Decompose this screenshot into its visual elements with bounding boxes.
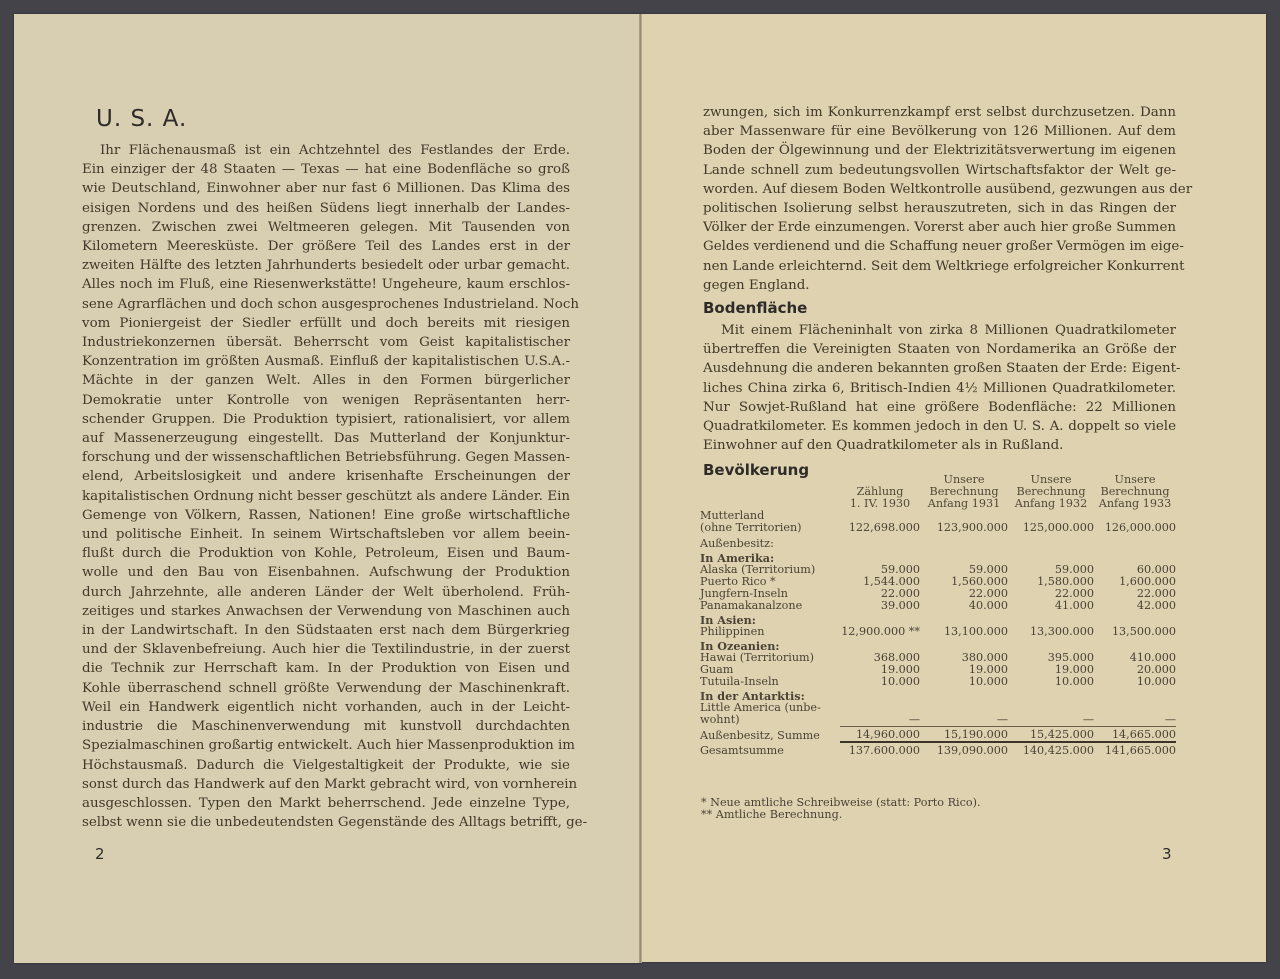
text-line: eisigen Nordens und des heißen Südens li… — [82, 199, 570, 218]
cell: 13,300.000 — [1008, 626, 1094, 638]
text-line: sonst durch das Handwerk auf den Markt g… — [82, 775, 570, 794]
text-line: zeitiges und starkes Anwachsen der Verwe… — [82, 602, 570, 621]
column-header: UnsereBerechnungAnfang 1932 — [1008, 474, 1094, 510]
text-line: Ausdehnung die anderen bekannten großen … — [703, 359, 1176, 378]
cell: 123,900.000 — [920, 510, 1008, 534]
left-body-text: Ihr Flächenausmaß ist ein Achtzehntel de… — [82, 141, 570, 832]
cell: 122,698.000 — [840, 510, 920, 534]
text-line: liches China zirka 6, Britisch-Indien 4½… — [703, 379, 1176, 398]
book-spine — [639, 14, 642, 963]
cell: 141,665.000 — [1094, 742, 1176, 757]
cell: 40.000 — [920, 600, 1008, 612]
table-row: Hawai (Territorium)368.000380.000395.000… — [700, 652, 1176, 664]
text-line: worden. Auf diesem Boden Weltkontrolle a… — [703, 180, 1176, 199]
cell: 10.000 — [920, 676, 1008, 688]
text-line: zweiten Hälfte des letzten Jahrhunderts … — [82, 256, 570, 275]
cell: — — [1008, 702, 1094, 726]
table-row: Philippinen12,900.000 **13,100.00013,300… — [700, 626, 1176, 638]
cell: — — [1094, 702, 1176, 726]
cell: 15,190.000 — [920, 726, 1008, 742]
table-group-header: In der Antarktis: — [700, 688, 1176, 702]
cell: 13,100.000 — [920, 626, 1008, 638]
cell: — — [920, 702, 1008, 726]
text-line: Spezialmaschinen großartig entwickelt. A… — [82, 736, 570, 755]
text-line: Demokratie unter Kontrolle von wenigen R… — [82, 391, 570, 410]
cell: 10.000 — [840, 676, 920, 688]
table-footnotes: * Neue amtliche Schreibweise (statt: Por… — [701, 797, 981, 821]
right-intro-text: zwungen, sich im Konkurrenzkampf erst se… — [703, 103, 1176, 295]
table-header-row: Zählung1. IV. 1930 UnsereBerechnungAnfan… — [700, 474, 1176, 510]
section-heading-bodenflaeche: Bodenfläche — [703, 299, 807, 317]
text-line: die Technik zur Herrschaft kam. In der P… — [82, 659, 570, 678]
bodenflaeche-text: Mit einem Flächeninhalt von zirka 8 Mill… — [703, 321, 1176, 455]
row-label: Außenbesitz, Summe — [700, 726, 840, 742]
text-line: Nur Sowjet-Rußland hat eine größere Bode… — [703, 398, 1176, 417]
row-label: Philippinen — [700, 626, 840, 638]
text-line: Kohle überraschend schnell größte Verwen… — [82, 679, 570, 698]
text-line: Boden der Ölgewinnung und der Elektrizit… — [703, 141, 1176, 160]
text-line: schender Gruppen. Die Produktion typisie… — [82, 410, 570, 429]
text-line: industrie die Maschinenverwendung mit ku… — [82, 717, 570, 736]
text-line: wie Deutschland, Einwohner aber nur fast… — [82, 179, 570, 198]
cell: 13,500.000 — [1094, 626, 1176, 638]
text-line: und der Sklavenbefreiung. Auch hier die … — [82, 640, 570, 659]
group-label: In Asien: — [700, 612, 1176, 626]
row-label: Gesamtsumme — [700, 742, 840, 757]
text-line: Gemenge von Völkern, Rassen, Nationen! E… — [82, 506, 570, 525]
text-line: Völker der Erde einzumengen. Vorerst abe… — [703, 218, 1176, 237]
text-line: grenzen. Zwischen zwei Weltmeeren gelege… — [82, 218, 570, 237]
text-line: auf Massenerzeugung eingestellt. Das Mut… — [82, 429, 570, 448]
text-line: sene Agrarflächen und doch schon ausgesp… — [82, 295, 570, 314]
text-line: flußt durch die Produktion von Kohle, Pe… — [82, 544, 570, 563]
text-line: aber Massenware für eine Bevölkerung von… — [703, 122, 1176, 141]
cell: 12,900.000 ** — [840, 626, 920, 638]
text-line: Ein einziger der 48 Staaten — Texas — ha… — [82, 160, 570, 179]
text-line: Höchstausmaß. Dadurch die Vielgestaltigk… — [82, 756, 570, 775]
cell: 39.000 — [840, 600, 920, 612]
table-row: Tutuila-Inseln10.00010.00010.00010.000 — [700, 676, 1176, 688]
text-line: kapitalistischen Ordnung nicht besser ge… — [82, 487, 570, 506]
text-line: gegen England. — [703, 276, 1176, 295]
column-header: UnsereBerechnungAnfang 1931 — [920, 474, 1008, 510]
table-row: Little America (unbe-wohnt)———— — [700, 702, 1176, 726]
cell: 41.000 — [1008, 600, 1094, 612]
page-title: U. S. A. — [96, 106, 187, 132]
text-line: Lande schnell zum bedeutungsvollen Wirts… — [703, 161, 1176, 180]
cell: 14,665.000 — [1094, 726, 1176, 742]
table-group-header: In Amerika: — [700, 550, 1176, 564]
text-line: forschung und der wissenschaftlichen Bet… — [82, 448, 570, 467]
text-line: zwungen, sich im Konkurrenzkampf erst se… — [703, 103, 1176, 122]
text-line: ausgeschlossen. Typen den Markt beherrsc… — [82, 794, 570, 813]
footnote: ** Amtliche Berechnung. — [701, 809, 981, 821]
text-line: selbst wenn sie die unbedeutendsten Gege… — [82, 813, 570, 832]
header-blank — [700, 474, 840, 510]
row-label: Panamakanalzone — [700, 600, 840, 612]
table-row-gesamtsumme: Gesamtsumme 137.600.000 139,090.000 140,… — [700, 742, 1176, 757]
cell: 15,425.000 — [1008, 726, 1094, 742]
text-line: in der Landwirtschaft. In den Südstaaten… — [82, 621, 570, 640]
text-line: politischen Isolierung selbst herauszutr… — [703, 199, 1176, 218]
cell: — — [840, 702, 920, 726]
table-row-aussenbesitz-label: Außenbesitz: — [700, 534, 1176, 550]
table-group-header: In Ozeanien: — [700, 638, 1176, 652]
text-line: wolle und den Bau von Eisenbahnen. Aufsc… — [82, 563, 570, 582]
cell: 125,000.000 — [1008, 510, 1094, 534]
text-line: Geldes verdienend und die Schaffung neue… — [703, 237, 1176, 256]
text-line: Mächte in der ganzen Welt. Alles in den … — [82, 371, 570, 390]
group-label: In Ozeanien: — [700, 638, 1176, 652]
cell: 42.000 — [1094, 600, 1176, 612]
cell: 14,960.000 — [840, 726, 920, 742]
text-line: übertreffen die Vereinigten Staaten von … — [703, 340, 1176, 359]
text-line: Mit einem Flächeninhalt von zirka 8 Mill… — [703, 321, 1176, 340]
text-line: Kilometern Meeresküste. Der größere Teil… — [82, 237, 570, 256]
text-line: vom Pioniergeist der Siedler erfüllt und… — [82, 314, 570, 333]
table-row-aussenbesitz-summe: Außenbesitz, Summe 14,960.000 15,190.000… — [700, 726, 1176, 742]
column-header: Zählung1. IV. 1930 — [840, 474, 920, 510]
text-line: Einwohner auf den Quadratkilometer als i… — [703, 436, 1176, 455]
text-line: Industriekonzernen übersät. Beherrscht v… — [82, 333, 570, 352]
column-header: UnsereBerechnungAnfang 1933 — [1094, 474, 1176, 510]
text-line: nen Lande erleichternd. Seit dem Weltkri… — [703, 257, 1176, 276]
row-label: Tutuila-Inseln — [700, 676, 840, 688]
text-line: elend, Arbeitslosigkeit und andere krise… — [82, 467, 570, 486]
population-table: Zählung1. IV. 1930 UnsereBerechnungAnfan… — [700, 474, 1176, 757]
row-label: Little America (unbe-wohnt) — [700, 702, 840, 726]
table-row-mutterland: Mutterland(ohne Territorien) 122,698.000… — [700, 510, 1176, 534]
text-line: Weil ein Handwerk eigentlich nicht vorha… — [82, 698, 570, 717]
cell: 126,000.000 — [1094, 510, 1176, 534]
row-label: Außenbesitz: — [700, 534, 1176, 550]
cell: 137.600.000 — [840, 742, 920, 757]
page-number-left: 2 — [95, 845, 105, 863]
table-group-header: In Asien: — [700, 612, 1176, 626]
group-label: In Amerika: — [700, 550, 1176, 564]
cell: 10.000 — [1094, 676, 1176, 688]
cell: 140,425.000 — [1008, 742, 1094, 757]
text-line: Ihr Flächenausmaß ist ein Achtzehntel de… — [82, 141, 570, 160]
group-label: In der Antarktis: — [700, 688, 1176, 702]
table-row: Panamakanalzone39.00040.00041.00042.000 — [700, 600, 1176, 612]
text-line: Quadratkilometer. Es kommen jedoch in de… — [703, 417, 1176, 436]
text-line: Alles noch im Fluß, eine Riesenwerkstätt… — [82, 275, 570, 294]
cell: 139,090.000 — [920, 742, 1008, 757]
page-number-right: 3 — [1162, 845, 1172, 863]
text-line: und politische Einheit. In seinem Wirtsc… — [82, 525, 570, 544]
cell: 10.000 — [1008, 676, 1094, 688]
text-line: Konzentration im größten Ausmaß. Einfluß… — [82, 352, 570, 371]
text-line: durch Jahrzehnte, alle anderen Länder de… — [82, 583, 570, 602]
row-label: Mutterland(ohne Territorien) — [700, 510, 840, 534]
